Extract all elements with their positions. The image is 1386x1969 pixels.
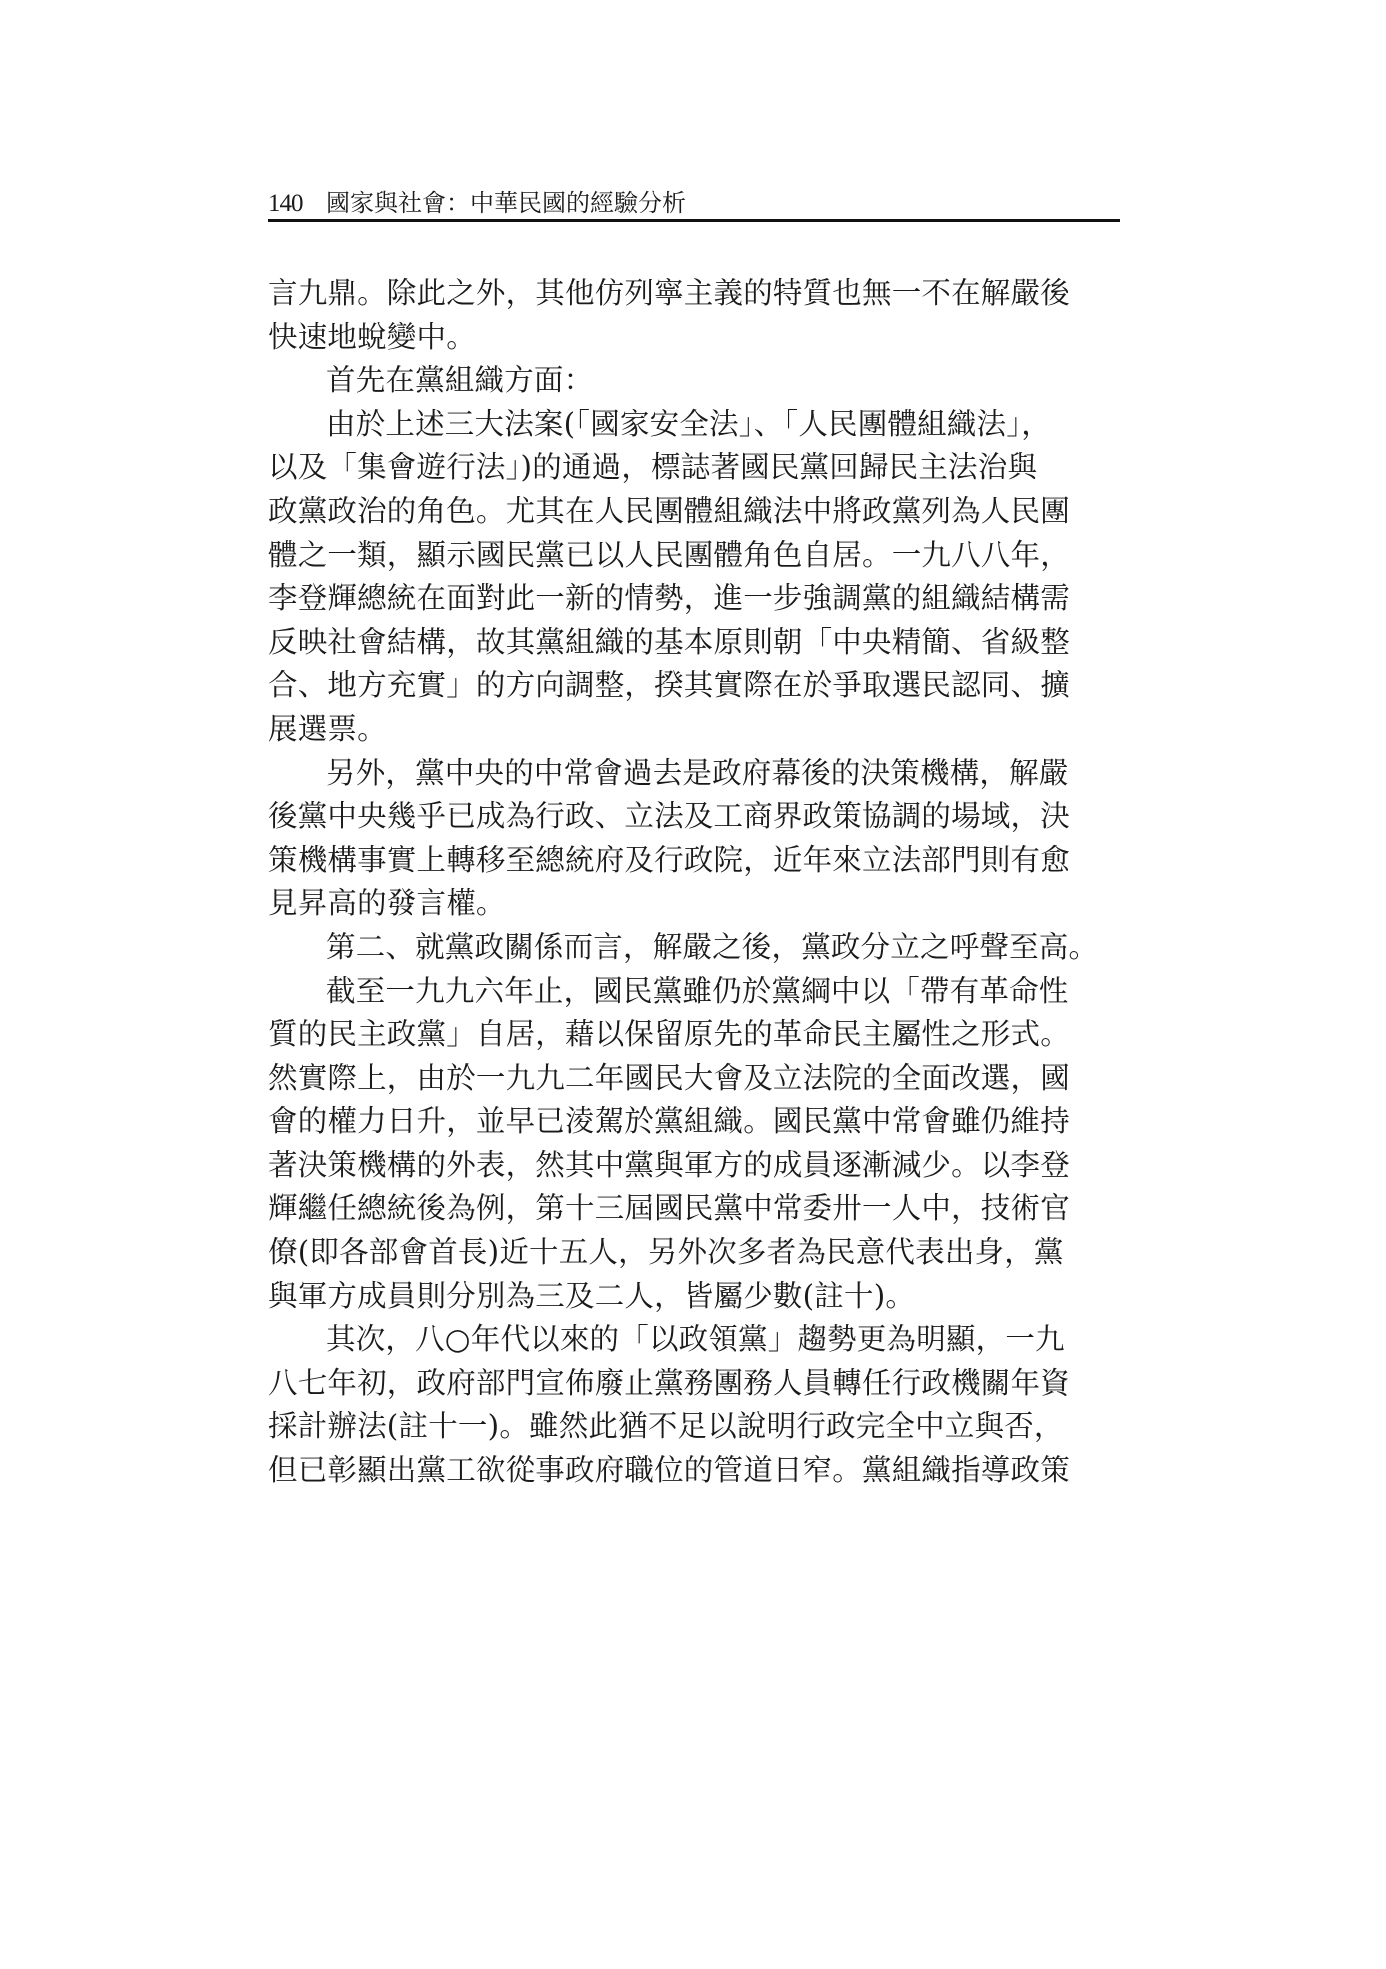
text-line: 其次，八○年代以來的「以政領黨」趨勢更為明顯，一九 [268,1318,1120,1362]
text-line: 輝繼任總統後為例，第十三屆國民黨中常委卅一人中，技術官 [268,1187,1120,1231]
text-line: 質的民主政黨」自居，藉以保留原先的革命民主屬性之形式。 [268,1013,1120,1057]
text-line: 快速地蛻變中。 [268,316,1120,360]
text-line: 以及「集會遊行法」)的通過，標誌著國民黨回歸民主法治與 [268,446,1120,490]
page-number: 140 [268,190,326,218]
text-line: 僚(即各部會首長)近十五人，另外次多者為民意代表出身，黨 [268,1231,1120,1275]
text-line: 策機構事實上轉移至總統府及行政院，近年來立法部門則有愈 [268,839,1120,883]
body-text: 言九鼎。除此之外，其他仿列寧主義的特質也無一不在解嚴後快速地蛻變中。首先在黨組織… [268,272,1120,1493]
text-line: 與軍方成員則分別為三及二人，皆屬少數(註十)。 [268,1275,1120,1319]
text-line: 第二、就黨政關係而言，解嚴之後，黨政分立之呼聲至高。 [268,926,1120,970]
text-line: 著決策機構的外表，然其中黨與軍方的成員逐漸減少。以李登 [268,1144,1120,1188]
text-line: 展選票。 [268,708,1120,752]
text-line: 採計辦法(註十一)。雖然此猶不足以說明行政完全中立與否， [268,1405,1120,1449]
text-line: 言九鼎。除此之外，其他仿列寧主義的特質也無一不在解嚴後 [268,272,1120,316]
text-line: 由於上述三大法案(「國家安全法」、「人民團體組織法」， [268,403,1120,447]
text-line: 李登輝總統在面對此一新的情勢，進一步強調黨的組織結構需 [268,577,1120,621]
text-line: 政黨政治的角色。尤其在人民團體組織法中將政黨列為人民團 [268,490,1120,534]
text-line: 反映社會結構，故其黨組織的基本原則朝「中央精簡、省級整 [268,621,1120,665]
text-line: 然實際上，由於一九九二年國民大會及立法院的全面改選，國 [268,1057,1120,1101]
text-line: 但已彰顯出黨工欲從事政府職位的管道日窄。黨組織指導政策 [268,1449,1120,1493]
text-line: 另外，黨中央的中常會過去是政府幕後的決策機構，解嚴 [268,752,1120,796]
text-line: 見昇高的發言權。 [268,882,1120,926]
text-line: 截至一九九六年止，國民黨雖仍於黨綱中以「帶有革命性 [268,970,1120,1014]
text-line: 八七年初，政府部門宣佈廢止黨務團務人員轉任行政機關年資 [268,1362,1120,1406]
text-line: 後黨中央幾乎已成為行政、立法及工商界政策協調的場域，決 [268,795,1120,839]
text-line: 會的權力日升，並早已淩駕於黨組織。國民黨中常會雖仍維持 [268,1100,1120,1144]
header-rule [268,219,1120,222]
running-header: 140 國家與社會：中華民國的經驗分析 [268,182,1120,218]
text-line: 體之一類，顯示國民黨已以人民團體角色自居。一九八八年， [268,534,1120,578]
text-line: 合、地方充實」的方向調整，揆其實際在於爭取選民認同、擴 [268,664,1120,708]
running-title: 國家與社會：中華民國的經驗分析 [326,183,686,218]
text-line: 首先在黨組織方面： [268,359,1120,403]
